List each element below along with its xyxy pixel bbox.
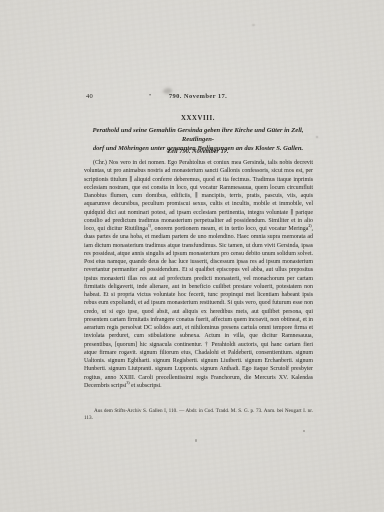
scan-speck: [252, 24, 255, 26]
scan-speck: [195, 439, 197, 442]
scanned-book-page: 40 • 790. November 17. XXXVIII. Perathol…: [0, 0, 384, 512]
charter-number: XXXVIII.: [84, 115, 312, 122]
source-footnote: Aus dem Stifts-Archiv S. Gallen I, 110. …: [84, 408, 313, 422]
running-head: 790. November 17.: [84, 93, 312, 100]
charter-dateline: Zell 790. November 17.: [84, 148, 312, 155]
scan-speck: [316, 136, 318, 138]
scan-speck: [303, 430, 305, 432]
charter-body-text: (Chr.) Nos vero in dei nomen. Ego Peraht…: [84, 159, 313, 390]
charter-title-line1: Perathold und seine Gemahlin Gersinda ge…: [80, 126, 316, 144]
